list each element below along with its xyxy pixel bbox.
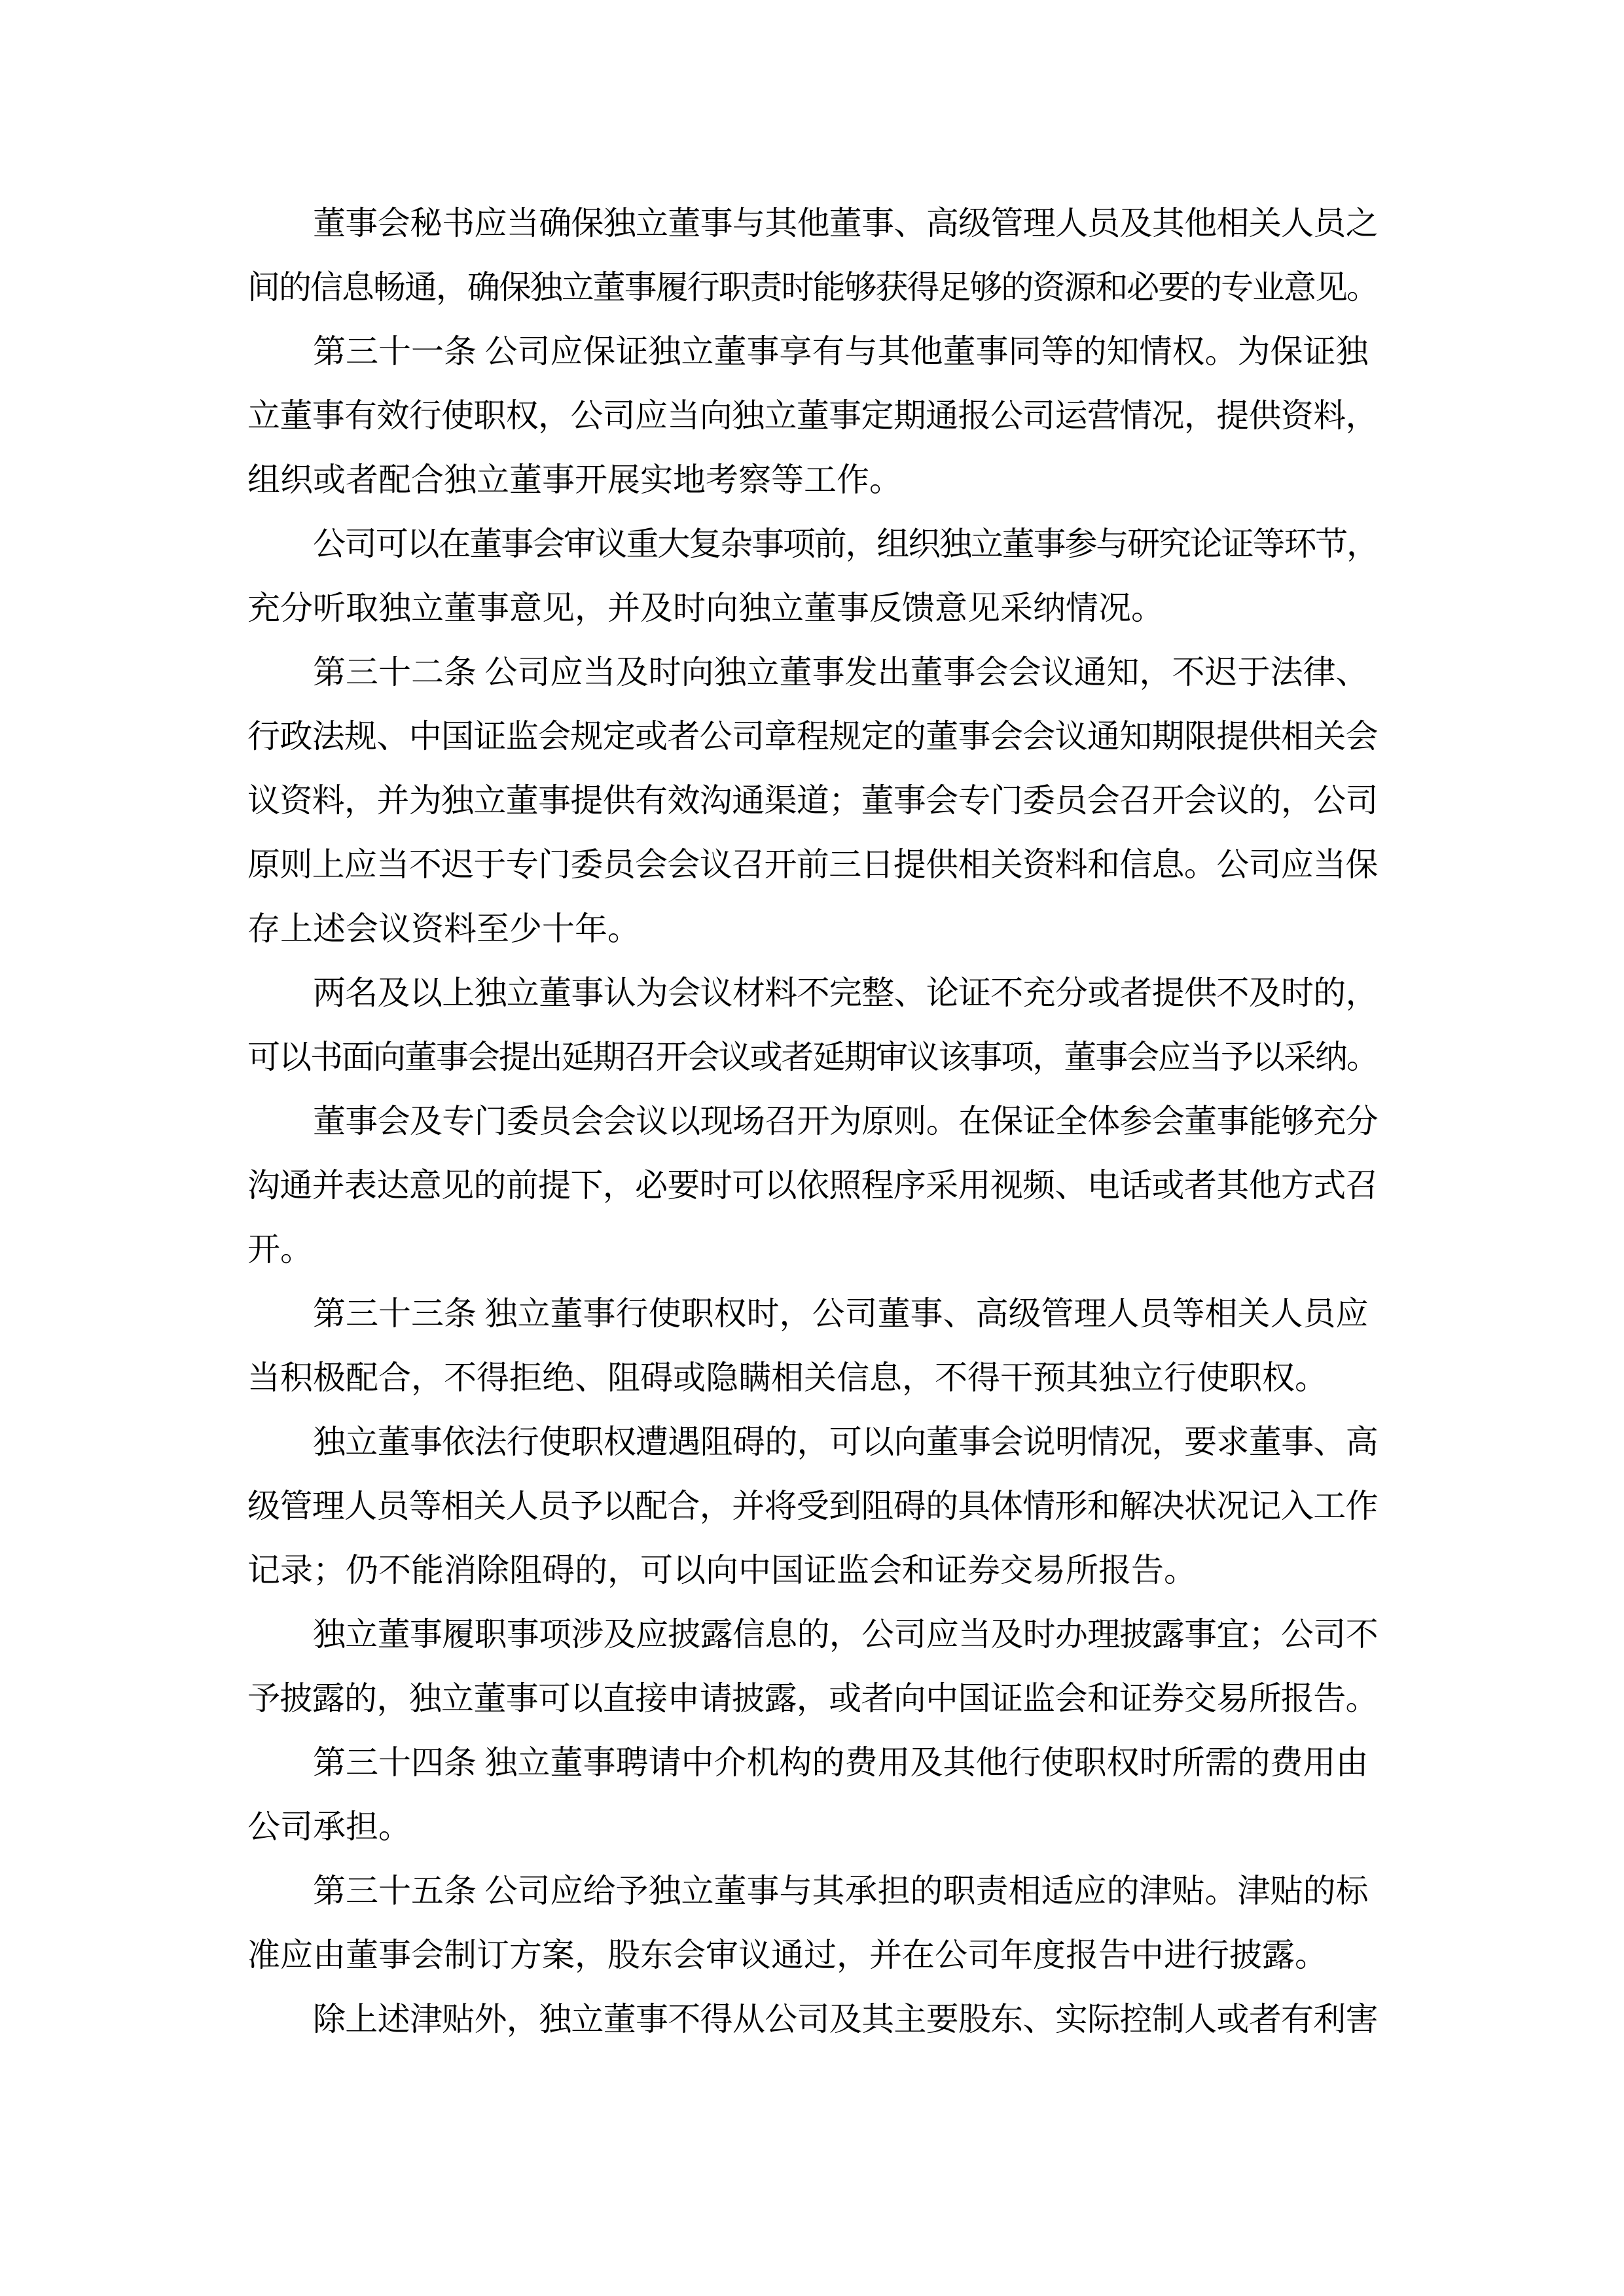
text-line: 独立董事依法行使职权遭遇阻碍的，可以向董事会说明情况，要求董事、高 (247, 1410, 1378, 1474)
text-line: 沟通并表达意见的前提下，必要时可以依照程序采用视频、电话或者其他方式召 (247, 1153, 1378, 1217)
text-line: 行政法规、中国证监会规定或者公司章程规定的董事会会议通知期限提供相关会 (247, 704, 1378, 768)
text-line: 公司可以在董事会审议重大复杂事项前，组织独立董事参与研究论证等环节， (247, 512, 1378, 576)
document-page: 董事会秘书应当确保独立董事与其他董事、高级管理人员及其他相关人员之间的信息畅通，… (0, 0, 1624, 2296)
text-line: 间的信息畅通，确保独立董事履行职责时能够获得足够的资源和必要的专业意见。 (247, 255, 1378, 319)
text-line: 议资料，并为独立董事提供有效沟通渠道；董事会专门委员会召开会议的，公司 (247, 768, 1378, 833)
text-line: 原则上应当不迟于专门委员会会议召开前三日提供相关资料和信息。公司应当保 (247, 833, 1378, 897)
text-line: 两名及以上独立董事认为会议材料不完整、论证不充分或者提供不及时的， (247, 961, 1378, 1025)
text-line: 第三十三条 独立董事行使职权时，公司董事、高级管理人员等相关人员应 (247, 1282, 1378, 1346)
text-line: 除上述津贴外，独立董事不得从公司及其主要股东、实际控制人或者有利害 (247, 1987, 1378, 2051)
text-line: 董事会及专门委员会会议以现场召开为原则。在保证全体参会董事能够充分 (247, 1089, 1378, 1153)
text-line: 可以书面向董事会提出延期召开会议或者延期审议该事项，董事会应当予以采纳。 (247, 1025, 1378, 1089)
text-line: 准应由董事会制订方案，股东会审议通过，并在公司年度报告中进行披露。 (247, 1923, 1378, 1987)
text-line: 第三十二条 公司应当及时向独立董事发出董事会会议通知，不迟于法律、 (247, 640, 1378, 704)
page-text: 董事会秘书应当确保独立董事与其他董事、高级管理人员及其他相关人员之间的信息畅通，… (247, 191, 1378, 2051)
text-line: 记录；仍不能消除阻碍的，可以向中国证监会和证券交易所报告。 (247, 1538, 1378, 1602)
text-line: 独立董事履职事项涉及应披露信息的，公司应当及时办理披露事宜；公司不 (247, 1602, 1378, 1666)
text-line: 第三十一条 公司应保证独立董事享有与其他董事同等的知情权。为保证独 (247, 319, 1378, 384)
text-line: 第三十四条 独立董事聘请中介机构的费用及其他行使职权时所需的费用由 (247, 1731, 1378, 1795)
text-line: 公司承担。 (247, 1795, 1378, 1859)
text-line: 存上述会议资料至少十年。 (247, 897, 1378, 961)
text-line: 组织或者配合独立董事开展实地考察等工作。 (247, 448, 1378, 512)
text-line: 当积极配合，不得拒绝、阻碍或隐瞒相关信息，不得干预其独立行使职权。 (247, 1346, 1378, 1410)
text-line: 第三十五条 公司应给予独立董事与其承担的职责相适应的津贴。津贴的标 (247, 1859, 1378, 1923)
text-line: 充分听取独立董事意见，并及时向独立董事反馈意见采纳情况。 (247, 576, 1378, 640)
text-line: 开。 (247, 1217, 1378, 1282)
text-line: 董事会秘书应当确保独立董事与其他董事、高级管理人员及其他相关人员之 (247, 191, 1378, 255)
text-line: 予披露的，独立董事可以直接申请披露，或者向中国证监会和证券交易所报告。 (247, 1666, 1378, 1731)
text-line: 立董事有效行使职权，公司应当向独立董事定期通报公司运营情况，提供资料， (247, 384, 1378, 448)
text-line: 级管理人员等相关人员予以配合，并将受到阻碍的具体情形和解决状况记入工作 (247, 1474, 1378, 1538)
